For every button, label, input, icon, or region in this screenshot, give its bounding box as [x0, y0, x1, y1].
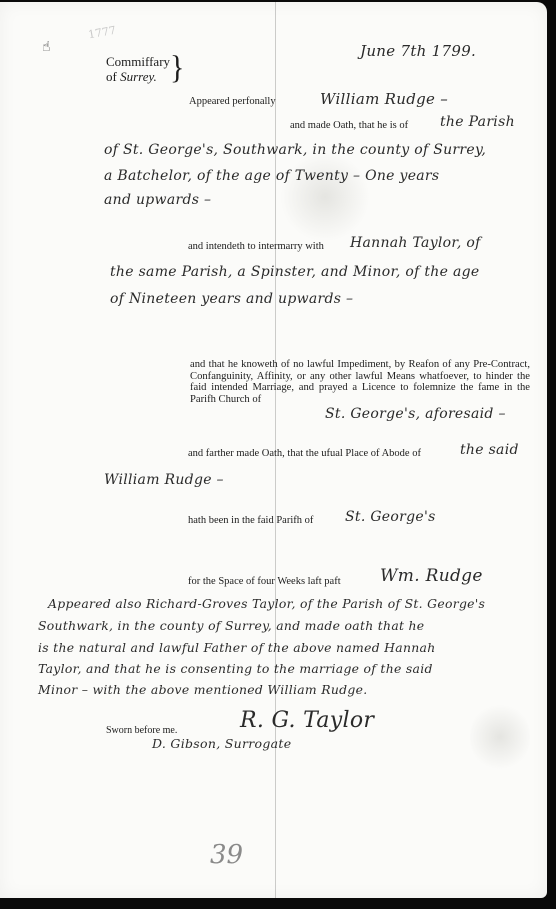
parish-line2: a Batchelor, of the age of Twenty – One … — [104, 168, 439, 184]
jurisdiction-heading: Commiffary of Surrey. — [106, 54, 170, 84]
parish-line0: the Parish — [440, 114, 515, 130]
jurisdiction-line1: Commiffary — [106, 54, 170, 69]
hand-cursor-icon: ☝ — [42, 39, 51, 55]
bride-line2: of Nineteen years and upwards – — [110, 291, 353, 307]
consent-line1: Appeared also Richard-Groves Taylor, of … — [48, 596, 485, 611]
document-page: 1777 ☝ Commiffary of Surrey. } June 7th … — [0, 2, 547, 898]
printed-four-weeks: for the Space of four Weeks laft paft — [188, 576, 341, 587]
paper-stain — [280, 152, 370, 242]
consent-line3: is the natural and lawful Father of the … — [38, 640, 436, 655]
consent-line4: Taylor, and that he is consenting to the… — [38, 661, 433, 676]
father-signature: R. G. Taylor — [240, 708, 374, 733]
church-name: St. George's, aforesaid – — [325, 406, 506, 422]
groom-name: William Rudge – — [320, 90, 448, 108]
jurisdiction-line2: of Surrey. — [106, 69, 170, 84]
bride-line0: Hannah Taylor, of — [350, 235, 481, 251]
brace-icon: } — [170, 52, 184, 85]
printed-appeared: Appeared perfonally — [189, 96, 276, 107]
printed-hath-been: hath been in the faid Parifh of — [188, 515, 313, 526]
printed-intendeth: and intendeth to intermarry with — [188, 241, 324, 252]
parish-line1: of St. George's, Southwark, in the count… — [104, 142, 486, 158]
groom-signature: Wm. Rudge — [380, 566, 483, 586]
printed-made-oath: and made Oath, that he is of — [290, 120, 408, 131]
paper-stain — [470, 702, 530, 772]
consent-line5: Minor – with the above mentioned William… — [38, 682, 367, 697]
consent-line2: Southwark, in the county of Surrey, and … — [38, 618, 424, 633]
surrogate-signature: D. Gibson, Surrogate — [152, 736, 291, 751]
parish-of: St. George's — [345, 509, 436, 525]
printed-impediment-paragraph: and that he knoweth of no lawful Impedim… — [190, 359, 530, 405]
printed-farther-oath: and farther made Oath, that the ufual Pl… — [188, 448, 421, 459]
abode-line1: William Rudge – — [104, 472, 224, 488]
parish-line3: and upwards – — [104, 192, 211, 208]
printed-sworn: Sworn before me. — [106, 725, 177, 736]
abode-line0: the said — [460, 442, 519, 458]
document-date: June 7th 1799. — [360, 42, 476, 60]
folio-number: 39 — [210, 840, 243, 870]
bride-line1: the same Parish, a Spinster, and Minor, … — [110, 264, 479, 280]
faint-mark: 1777 — [87, 24, 117, 42]
